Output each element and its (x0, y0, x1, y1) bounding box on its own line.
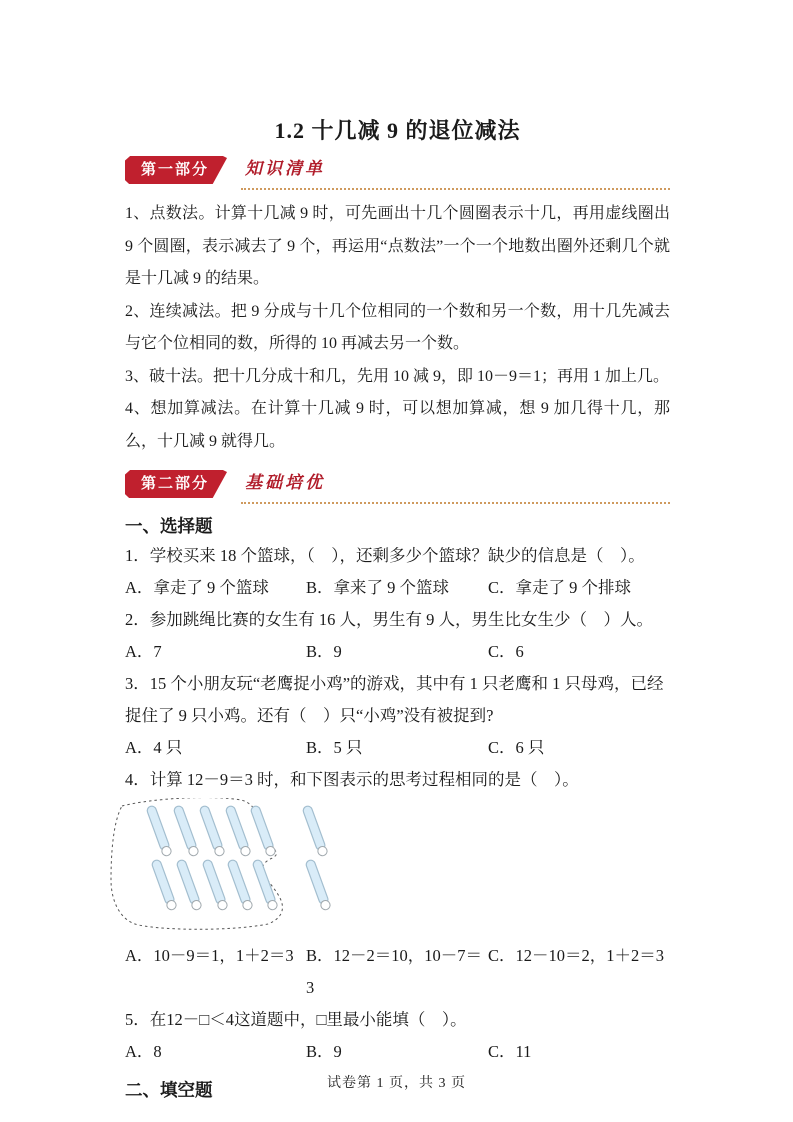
option-c: C．拿走了 9 个排球 (488, 572, 670, 604)
question-1-options: A．拿走了 9 个篮球 B．拿来了 9 个篮球 C．拿走了 9 个排球 (125, 572, 670, 604)
question-5-options: A．8 B．9 C．11 (125, 1036, 670, 1068)
question-4-text: 4．计算 12－9＝3 时，和下图表示的思考过程相同的是（ ）。 (125, 764, 670, 796)
question-3-text: 3．15 个小朋友玩“老鹰捉小鸡”的游戏，其中有 1 只老鹰和 1 只母鸡，已经… (125, 668, 670, 732)
choice-section-heading: 一、选择题 (125, 512, 670, 540)
question-4-options: A．10－9＝1，1＋2＝3 B．12－2＝10，10－7＝3 C．12－10＝… (125, 940, 670, 1004)
knowledge-point: 4、想加算减法。在计算十几减 9 时，可以想加算减，想 9 加几得十几，那么，十… (125, 393, 670, 458)
option-a: A．8 (125, 1036, 306, 1068)
option-a: A．10－9＝1，1＋2＝3 (125, 940, 306, 1004)
part2-label: 基础培优 (241, 470, 670, 504)
part1-label: 知识清单 (241, 156, 670, 190)
sticks-figure-svg (108, 798, 398, 938)
option-b: B．12－2＝10，10－7＝3 (306, 940, 488, 1004)
page-footer: 试卷第 1 页，共 3 页 (0, 1072, 793, 1092)
option-b: B．9 (306, 1036, 488, 1068)
worksheet-page: { "page": { "title": "1.2 十几减 9 的退位减法", … (0, 0, 793, 1122)
question-3-options: A．4 只 B．5 只 C．6 只 (125, 732, 670, 764)
section-bar-part2: 第二部分 基础培优 (125, 470, 670, 504)
question-2-text: 2．参加跳绳比赛的女生有 16 人，男生有 9 人，男生比女生少（ ）人。 (125, 604, 670, 636)
option-c: C．11 (488, 1036, 670, 1068)
question-2-options: A．7 B．9 C．6 (125, 636, 670, 668)
knowledge-list: 1、点数法。计算十几减 9 时，可先画出十几个圆圈表示十几，再用虚线圈出 9 个… (125, 198, 670, 458)
knowledge-point: 3、破十法。把十几分成十和几，先用 10 减 9，即 10－9＝1；再用 1 加… (125, 361, 670, 394)
section-bar-part1: 第一部分 知识清单 (125, 156, 670, 190)
question-1-text: 1．学校买来 18 个篮球，（ ），还剩多少个篮球？缺少的信息是（ ）。 (125, 540, 670, 572)
page-title: 1.2 十几减 9 的退位减法 (125, 118, 670, 144)
option-a: A．4 只 (125, 732, 306, 764)
option-a: A．7 (125, 636, 306, 668)
question-4-figure (108, 798, 398, 938)
option-c: C．12－10＝2，1＋2＝3 (488, 940, 670, 1004)
option-c: C．6 只 (488, 732, 670, 764)
option-c: C．6 (488, 636, 670, 668)
part2-badge: 第二部分 (125, 470, 227, 498)
part1-badge: 第一部分 (125, 156, 227, 184)
knowledge-point: 1、点数法。计算十几减 9 时，可先画出十几个圆圈表示十几，再用虚线圈出 9 个… (125, 198, 670, 296)
knowledge-point: 2、连续减法。把 9 分成与十几个位相同的一个数和另一个数，用十几先减去与它个位… (125, 296, 670, 361)
question-5-text: 5．在12－□＜4这道题中，□里最小能填（ ）。 (125, 1004, 670, 1036)
option-a: A．拿走了 9 个篮球 (125, 572, 306, 604)
option-b: B．5 只 (306, 732, 488, 764)
page-content: 1.2 十几减 9 的退位减法 第一部分 知识清单 1、点数法。计算十几减 9 … (125, 0, 670, 1104)
option-b: B．拿来了 9 个篮球 (306, 572, 488, 604)
option-b: B．9 (306, 636, 488, 668)
